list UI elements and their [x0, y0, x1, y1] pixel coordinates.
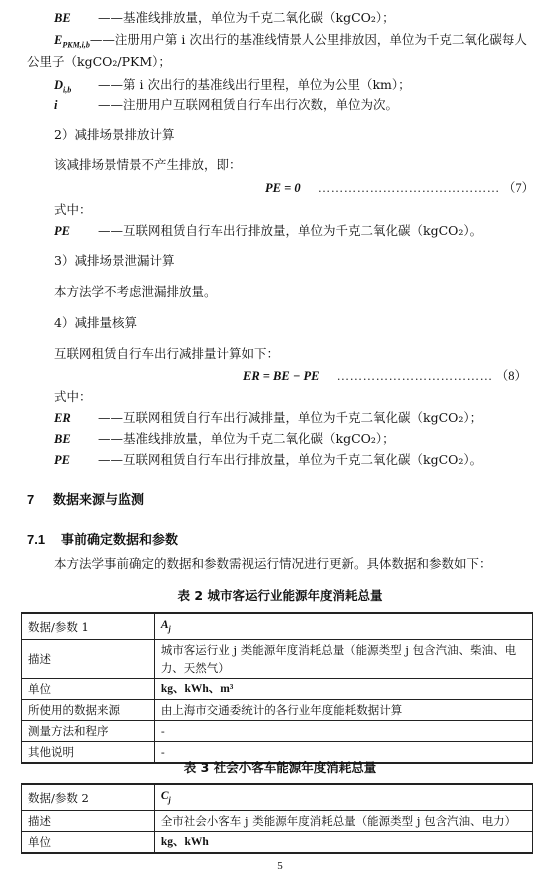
definition-text: ——第 i 次出行的基准线出行里程，单位为公里（km）；: [98, 77, 411, 92]
def-dib: Di,b——第 i 次出行的基准线出行里程，单位为公里（km）；: [54, 77, 411, 99]
symbol: BE: [54, 10, 98, 26]
section-7-1-intro: 本方法学事前确定的数据和参数需视运行情况进行更新。具体数据和参数如下：: [54, 556, 492, 572]
def-epkm: EPKM,i,b——注册用户第 i 次出行的基准线情景人公里排放因，单位为千克二…: [54, 32, 527, 54]
def-i: i——注册用户互联网租赁自行车出行次数，单位为次。: [54, 97, 398, 113]
table-row: 测量方法和程序 -: [22, 721, 533, 742]
leader-dots: ……………………………………: [318, 181, 500, 195]
equation-expression: ER = BE − PE: [243, 369, 320, 383]
symbol: ER: [54, 410, 98, 426]
definition-text: ——互联网租赁自行车出行排放量，单位为千克二氧化碳（kgCO₂）。: [98, 223, 482, 238]
table-row: 数据/参数 2 Cj: [22, 784, 533, 811]
equation-8: ER = BE − PE ……………………………… （8）: [243, 368, 527, 384]
def-pe-s2: PE——互联网租赁自行车出行排放量，单位为千克二氧化碳（kgCO₂）。: [54, 223, 482, 239]
table-3-caption: 表 3 社会小客车能源年度消耗总量: [0, 758, 560, 776]
def-er: ER——互联网租赁自行车出行减排量，单位为千克二氧化碳（kgCO₂）；: [54, 410, 482, 426]
definition-text: ——互联网租赁自行车出行排放量，单位为千克二氧化碳（kgCO₂）。: [98, 452, 482, 467]
table-row: 描述 城市客运行业 j 类能源年度消耗总量（能源类型 j 包含汽油、柴油、电力、…: [22, 640, 533, 679]
symbol: i: [54, 97, 98, 113]
definition-text: ——注册用户第 i 次出行的基准线情景人公里排放因，单位为千克二氧化碳每人: [90, 32, 527, 47]
def-be: BE——基准线排放量，单位为千克二氧化碳（kgCO₂）；: [54, 431, 395, 447]
symbol: Di,b: [54, 77, 98, 99]
symbol: BE: [54, 431, 98, 447]
table-2: 数据/参数 1 Aj 描述 城市客运行业 j 类能源年度消耗总量（能源类型 j …: [21, 612, 533, 764]
equation-7: PE = 0 …………………………………… （7）: [265, 180, 534, 196]
section-4-title: 4）减排量核算: [54, 315, 137, 331]
table-row: 数据/参数 1 Aj: [22, 613, 533, 640]
section-4-intro: 互联网租赁自行车出行减排量计算如下：: [54, 346, 279, 362]
section-3-title: 3）减排场景泄漏计算: [54, 253, 174, 269]
def-be-top: BE——基准线排放量，单位为千克二氧化碳（kgCO₂）；: [54, 10, 395, 26]
table-2-caption: 表 2 城市客运行业能源年度消耗总量: [0, 586, 560, 604]
equation-number: （7）: [503, 181, 534, 195]
def-epkm-continued: 公里子（kgCO₂/PKM）；: [27, 54, 171, 70]
section-7-1-heading: 7.1事前确定数据和参数: [27, 529, 178, 548]
section-2-intro: 该减排场景情景不产生排放，即：: [54, 157, 242, 173]
definition-text: ——基准线排放量，单位为千克二氧化碳（kgCO₂）；: [98, 431, 395, 446]
definition-text: ——基准线排放量，单位为千克二氧化碳（kgCO₂）；: [98, 10, 395, 25]
chapter-7-heading: 7数据来源与监测: [27, 489, 144, 508]
section-2-title: 2）减排场景排放计算: [54, 127, 174, 143]
definition-text: ——注册用户互联网租赁自行车出行次数，单位为次。: [98, 97, 398, 112]
section-3-text: 本方法学不考虑泄漏排放量。: [54, 284, 217, 300]
where-label: 式中：: [54, 202, 92, 218]
definition-text: ——互联网租赁自行车出行减排量，单位为千克二氧化碳（kgCO₂）；: [98, 410, 482, 425]
table-row: 单位 kg、kWh: [22, 832, 533, 854]
equation-expression: PE = 0: [265, 181, 301, 195]
equation-number: （8）: [496, 369, 527, 383]
table-row: 描述 全市社会小客车 j 类能源年度消耗总量（能源类型 j 包含汽油、电力）: [22, 811, 533, 832]
def-pe: PE——互联网租赁自行车出行排放量，单位为千克二氧化碳（kgCO₂）。: [54, 452, 482, 468]
table-3: 数据/参数 2 Cj 描述 全市社会小客车 j 类能源年度消耗总量（能源类型 j…: [21, 783, 533, 854]
page-number: 5: [0, 860, 560, 872]
where-label: 式中：: [54, 389, 92, 405]
symbol: PE: [54, 452, 98, 468]
table-row: 单位 kg、kWh、m³: [22, 679, 533, 700]
symbol: EPKM,i,b: [54, 32, 90, 54]
leader-dots: ………………………………: [337, 369, 493, 383]
symbol: PE: [54, 223, 98, 239]
table-row: 所使用的数据来源 由上海市交通委统计的各行业年度能耗数据计算: [22, 700, 533, 721]
